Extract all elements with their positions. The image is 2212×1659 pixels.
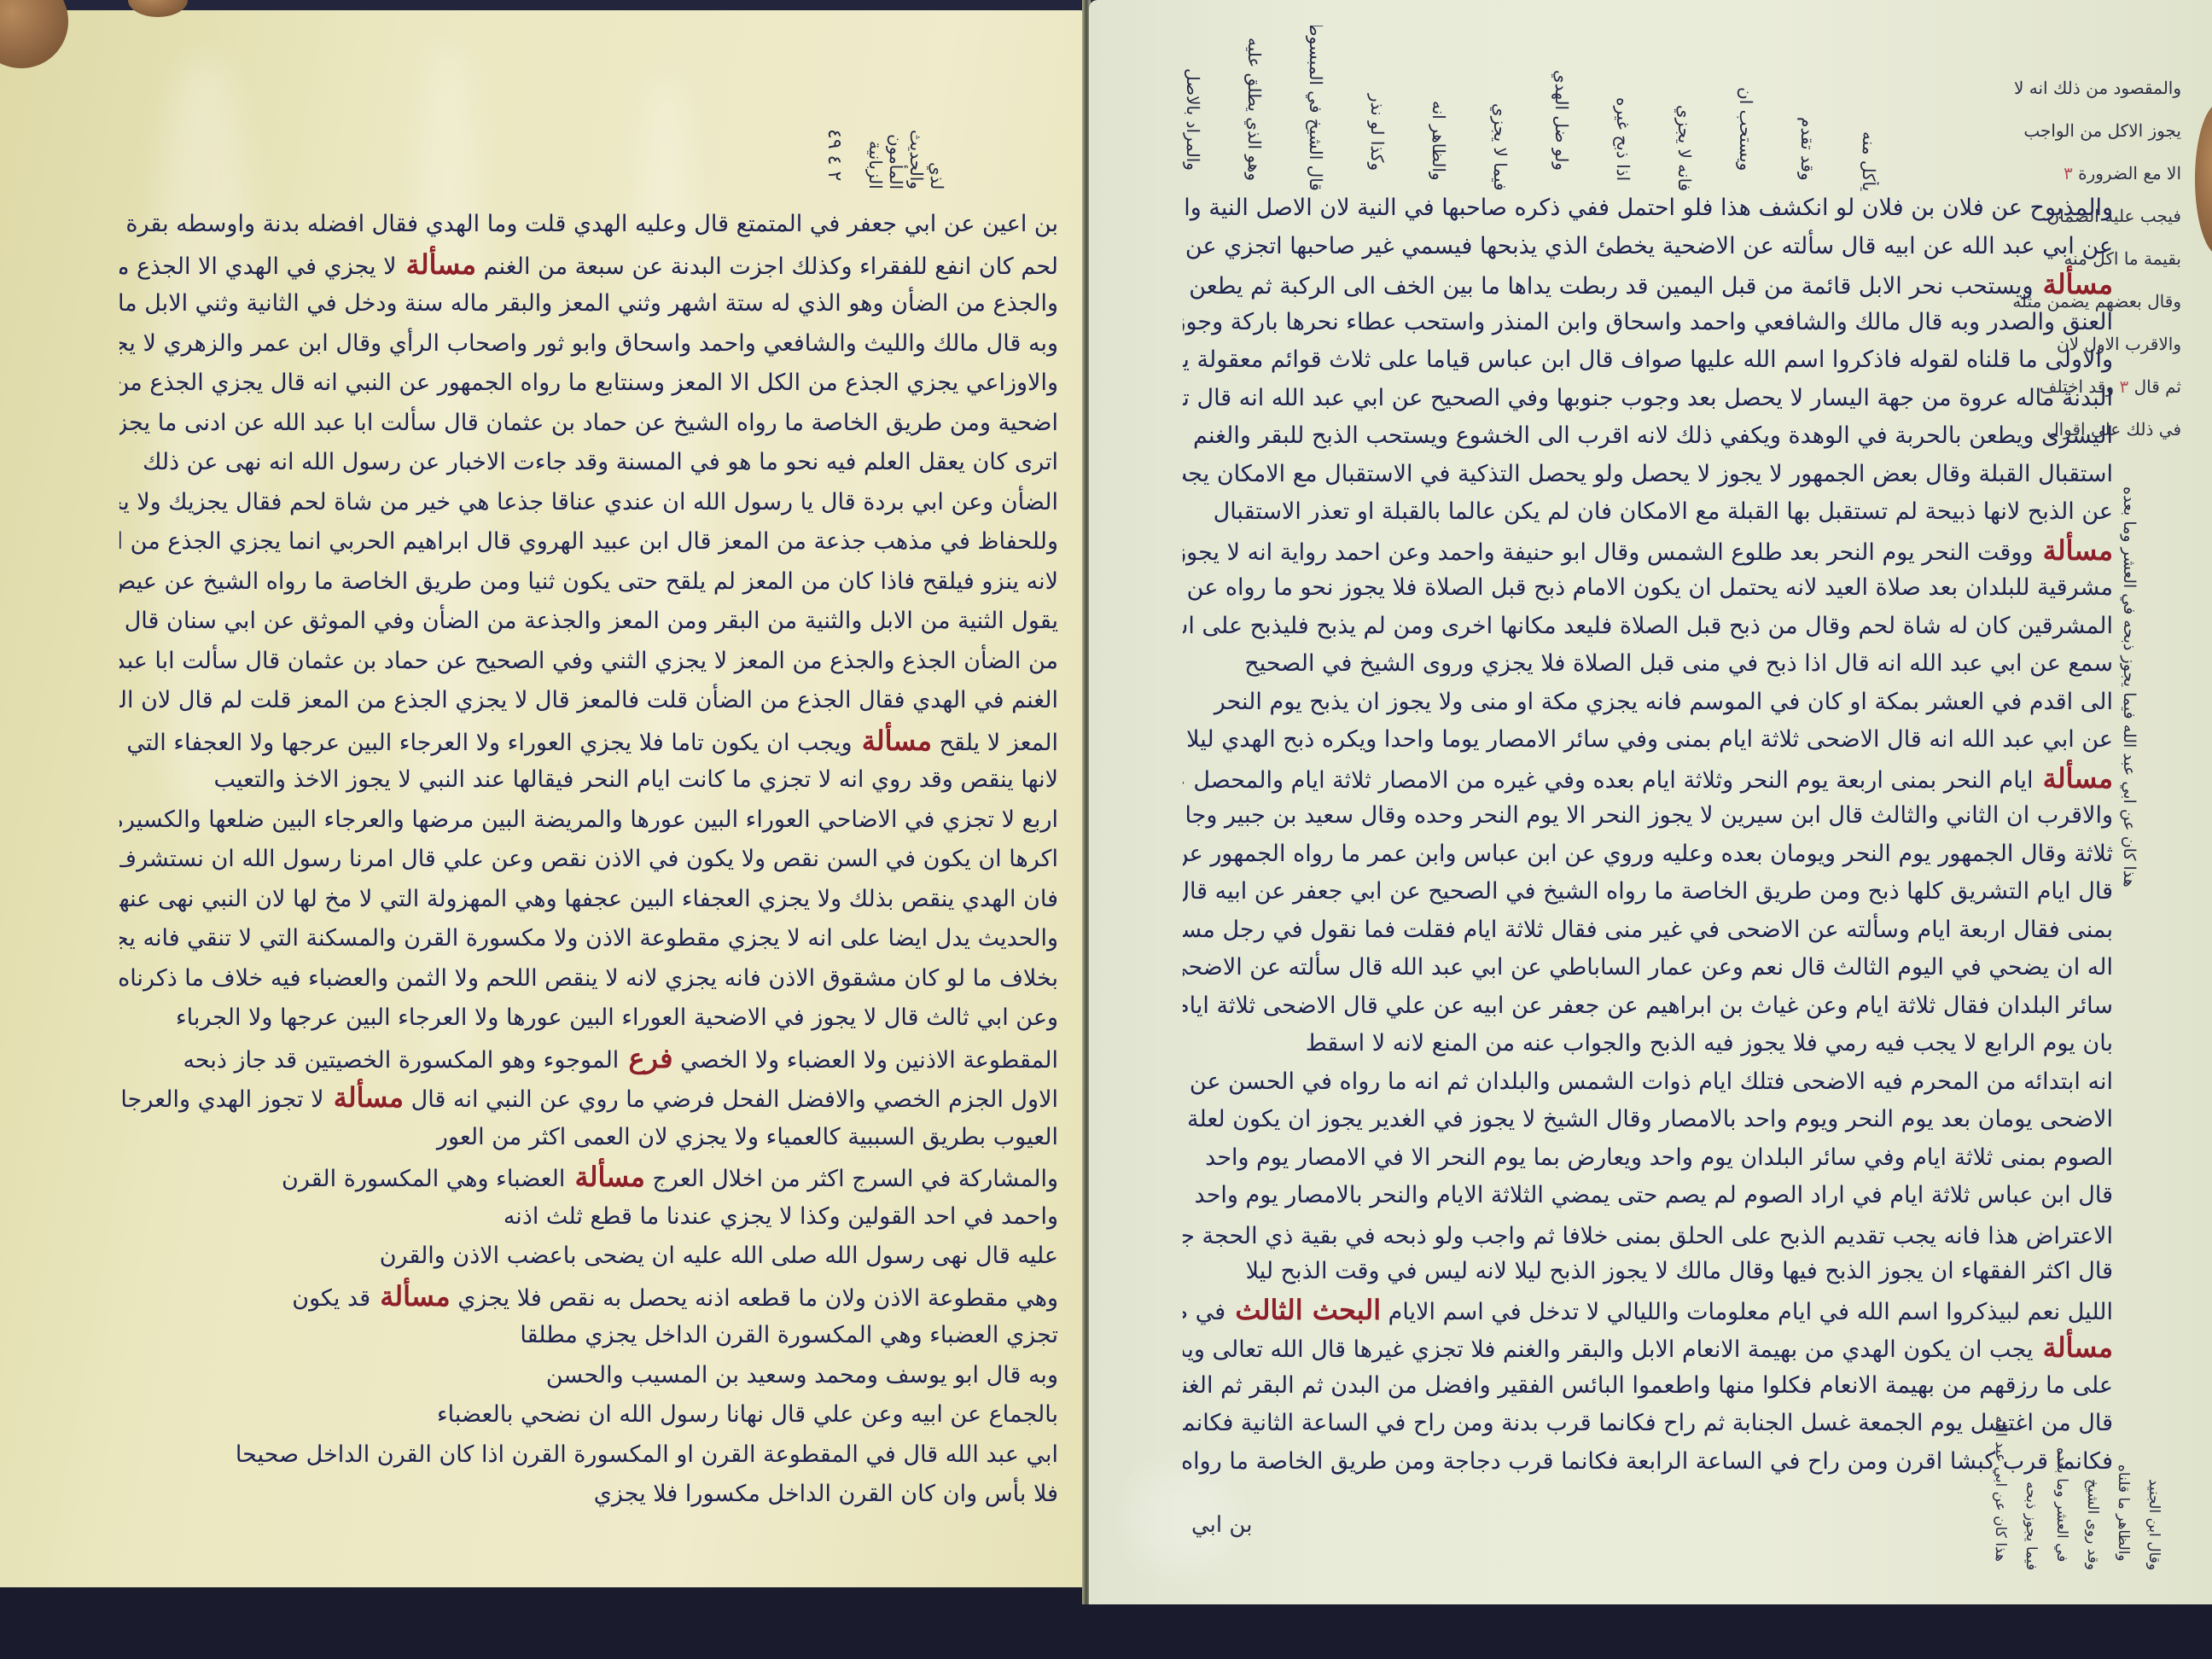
rubric-heading: مسألة xyxy=(853,725,932,757)
text-run: لا تجوز الهدي والعرجاء xyxy=(119,1086,324,1113)
vertical-gloss: والظاهر ما قلناه xyxy=(2108,1417,2132,1562)
manuscript-line: لحم كان انفع للفقراء وكذلك اجزت البدنة ع… xyxy=(119,245,1058,285)
rubric-heading: مسألة xyxy=(370,1280,450,1313)
text-run: ويستحب نحر الابل قائمة من قبل اليمين قد … xyxy=(1183,273,2034,300)
manuscript-line: سمع عن ابي عبد الله انه قال اذا ذبح في م… xyxy=(1183,645,2113,684)
text-run: والاولى ما قلناه لقوله فاذكروا اسم الله … xyxy=(1183,346,2113,373)
manuscript-line: بمنى فقال اربعة ايام وسألته عن الاضحى في… xyxy=(1183,911,2113,950)
manuscript-line: بان يوم الرابع لا يجب فيه رمي فلا يجوز ف… xyxy=(1183,1025,2113,1063)
manuscript-line: المقطوعة الاذنين ولا العضباء ولا الخصي ف… xyxy=(119,1039,1058,1079)
manuscript-line: مسألة ووقت النحر يوم النحر بعد طلوع الشم… xyxy=(1183,532,2113,570)
manuscript-line: قال من اغتسل يوم الجمعة غسل الجنابة ثم ر… xyxy=(1183,1405,2113,1443)
left-page-text: بن اعين عن ابي جعفر في المتمتع قال وعليه… xyxy=(119,205,1058,1515)
left-page: لذي والحديث المأمون الزبانية ٢ ٤ ٤٩ بن ا… xyxy=(0,10,1086,1587)
catchword: بن ابي xyxy=(1191,1512,1252,1538)
manuscript-line: مسألة ايام النحر بمنى اربعة يوم النحر وث… xyxy=(1183,760,2113,798)
manuscript-line: الغنم في الهدي فقال الجذع من الضأن قلت ف… xyxy=(119,681,1058,721)
manuscript-line: المشرقين كان له شاة لحم وقال من ذبح قبل … xyxy=(1183,608,2113,646)
manuscript-line: لانه ينزو فيلقح فاذا كان من المعز لم يلق… xyxy=(119,562,1058,602)
manuscript-line: اليسرى ويطعن بالحربة في الوهدة ويكفي ذلك… xyxy=(1183,417,2113,456)
text-run: وبه قال مالك والليث والشافعي واحمد واسحا… xyxy=(119,330,1058,357)
manuscript-line: اترى كان يعقل العلم فيه نحو ما هو في الم… xyxy=(119,443,1058,483)
right-page-text: والمذبوح عن فلان بن فلان لو انكشف هذا فل… xyxy=(1183,189,2113,1481)
manuscript-line: مسألة ويستحب نحر الابل قائمة من قبل اليم… xyxy=(1183,265,2113,304)
manuscript-line: من الضأن الجذع والجذع من المعز لا يجزي ا… xyxy=(119,642,1058,682)
text-run: الليل نعم لبيذكروا اسم الله في ايام معلو… xyxy=(1381,1299,2113,1325)
manuscript-line: يقول الثنية من الابل والثنية من البقر وم… xyxy=(119,602,1058,642)
manuscript-line: عن الذبح لانها ذبيحة لم تستقبل بها القبل… xyxy=(1183,493,2113,532)
text-run: اربع لا تجزي في الاضاحي العوراء البين عو… xyxy=(119,806,1058,833)
manuscript-line: العيوب بطريق السببية كالعمياء ولا يجزي ل… xyxy=(119,1118,1058,1158)
vertical-gloss: والمراد بالاصل xyxy=(1174,26,1203,171)
text-run: المشرقين كان له شاة لحم وقال من ذبح قبل … xyxy=(1183,613,2113,639)
manuscript-line: مشرقية للبلدان بعد صلاة العيد لانه يحتمل… xyxy=(1183,569,2113,608)
text-run: الصوم بمنى ثلاثة ايام وفي سائر البلدان ي… xyxy=(1205,1144,2113,1171)
manuscript-line: فلا بأس وان كان القرن الداخل مكسورا فلا … xyxy=(119,1475,1058,1515)
text-run: اله ان يضحي في اليوم الثالث قال نعم وعن … xyxy=(1183,954,2113,981)
text-run: بان يوم الرابع لا يجب فيه رمي فلا يجوز ف… xyxy=(1306,1030,2113,1057)
manuscript-line: بن اعين عن ابي جعفر في المتمتع قال وعليه… xyxy=(119,205,1058,245)
manuscript-line: وللحفاظ في مذهب جذعة من المعز قال ابن عب… xyxy=(119,522,1058,562)
manuscript-line: قال ابن عباس ثلاثة ايام في اراد الصوم لم… xyxy=(1183,1177,2113,1215)
manuscript-line: لانها ينقص وقد روي انه لا تجزي ما كانت ا… xyxy=(119,760,1058,800)
manuscript-line: قال ايام التشريق كلها ذبح ومن طريق الخاص… xyxy=(1183,873,2113,911)
manuscript-line: سائر البلدان فقال ثلاثة ايام وعن غياث بن… xyxy=(1183,987,2113,1026)
text-run: قال من اغتسل يوم الجمعة غسل الجنابة ثم ر… xyxy=(1183,1410,2113,1436)
text-run: اليسرى ويطعن بالحربة في الوهدة ويكفي ذلك… xyxy=(1193,422,2113,449)
text-run: تجزي العضباء وهي المكسورة القرن الداخل ي… xyxy=(520,1322,1058,1348)
manuscript-line: الضأن وعن ابي بردة قال يا رسول الله ان ع… xyxy=(119,483,1058,523)
manuscript-line: والاوزاعي يجزي الجذع من الكل الا المعز و… xyxy=(119,364,1058,404)
manuscript-line: الاضحى يومان بعد يوم النحر ويوم واحد بال… xyxy=(1183,1101,2113,1139)
vertical-gloss: وقد تقدم xyxy=(1789,26,1818,181)
manuscript-line: ابي عبد الله قال في المقطوعة القرن او ال… xyxy=(119,1435,1058,1476)
manuscript-line: مسألة يجب ان يكون الهدي من بهيمة الانعام… xyxy=(1183,1329,2113,1367)
vertical-gloss: وهو الذي يطلق عليه xyxy=(1236,26,1265,181)
manuscript-line: اضحية ومن طريق الخاصة ما رواه الشيخ عن ح… xyxy=(119,404,1058,444)
text-run: وبه قال ابو يوسف ومحمد وسعيد بن المسيب و… xyxy=(546,1362,1058,1388)
text-run: اضحية ومن طريق الخاصة ما رواه الشيخ عن ح… xyxy=(119,410,1058,436)
text-run: عن ابي عبد الله انه قال الاضحى ثلاثة ايا… xyxy=(1186,726,2113,753)
text-run: البدنة ماله عروة من جهة اليسار لا يحصل ب… xyxy=(1183,385,2113,411)
text-run: عليه قال نهى رسول الله صلى الله عليه ان … xyxy=(380,1243,1058,1269)
text-run: ثلاثة وقال الجمهور يوم النحر ويومان بعده… xyxy=(1183,841,2113,867)
manuscript-line: المعز لا يلقح مسألة ويجب ان يكون تاما فل… xyxy=(119,721,1058,761)
text-run: على ما رزقهم من بهيمة الانعام فكلوا منها… xyxy=(1183,1372,2113,1399)
rubric-heading: فرع xyxy=(619,1042,672,1074)
right-page: والمراد بالاصلوهو الذي يطلق عليهقال الشي… xyxy=(1089,0,2212,1604)
margin-line: الا مع الضرورة ٣ xyxy=(1925,152,2181,195)
manuscript-line: وهي مقطوعة الاذن ولان ما قطعه اذنه يحصل … xyxy=(119,1277,1058,1317)
vertical-gloss: في العشر وما بعده xyxy=(2046,1417,2070,1562)
text-run: عن ابي عبد الله عن ابيه قال سألته عن الا… xyxy=(1183,233,2113,259)
manuscript-line: اله ان يضحي في اليوم الثالث قال نعم وعن … xyxy=(1183,949,2113,987)
text-run: قد يكون xyxy=(292,1285,370,1312)
text-run: مشرقية للبلدان بعد صلاة العيد لانه يحتمل… xyxy=(1183,574,2113,601)
manuscript-line: وعن ابي ثالث قال لا يجوز في الاضحية العو… xyxy=(119,998,1058,1039)
manuscript-line: على ما رزقهم من بهيمة الانعام فكلوا منها… xyxy=(1183,1367,2113,1406)
manuscript-line: والمشاركة في السرج اكثر من اخلال العرج م… xyxy=(119,1157,1058,1197)
vertical-gloss: فانه لا يجزي xyxy=(1666,26,1695,191)
vertical-gloss: يأكل منه xyxy=(1850,26,1879,191)
manuscript-line: والمذبوح عن فلان بن فلان لو انكشف هذا فل… xyxy=(1183,189,2113,228)
manuscript-line: بالجماع عن ابيه وعن علي قال نهانا رسول ا… xyxy=(119,1395,1058,1435)
text-run: والاوزاعي يجزي الجذع من الكل الا المعز و… xyxy=(119,370,1058,396)
text-run: العيوب بطريق السببية كالعمياء ولا يجزي ل… xyxy=(437,1124,1058,1150)
manuscript-line: استقبال القبلة وقال بعض الجمهور لا يجوز … xyxy=(1183,456,2113,494)
text-run: والحديث يدل ايضا على انه لا يجزي مقطوعة … xyxy=(119,925,1058,952)
text-run: العنق والصدر وبه قال مالك والشافعي واحمد… xyxy=(1183,309,2113,335)
manuscript-line: انه ابتدائه من المحرم فيه الاضحى فتلك اي… xyxy=(1183,1063,2113,1102)
text-run: وللحفاظ في مذهب جذعة من المعز قال ابن عب… xyxy=(119,528,1058,555)
manuscript-line: العنق والصدر وبه قال مالك والشافعي واحمد… xyxy=(1183,304,2113,342)
text-run: بالجماع عن ابيه وعن علي قال نهانا رسول ا… xyxy=(437,1401,1058,1428)
text-run: الاضحى يومان بعد يوم النحر ويوم واحد بال… xyxy=(1183,1106,2113,1132)
text-run: فكانما قرب كبشا اقرن ومن راح في الساعة ا… xyxy=(1183,1448,2113,1475)
manuscript-line: عن ابي عبد الله انه قال الاضحى ثلاثة ايا… xyxy=(1183,721,2113,760)
manuscript-line: وبه قال مالك والليث والشافعي واحمد واسحا… xyxy=(119,324,1058,364)
manuscript-line: فكانما قرب كبشا اقرن ومن راح في الساعة ا… xyxy=(1183,1443,2113,1481)
margin-line: يجوز الاكل من الواجب xyxy=(1925,109,2181,152)
text-run: عن الذبح لانها ذبيحة لم تستقبل بها القبل… xyxy=(1214,498,2113,525)
right-margin-vertical-gloss: هذا كان عن ابي عبد الله فيما يجوز ذبحه ف… xyxy=(2087,290,2139,888)
manuscript-line: والحديث يدل ايضا على انه لا يجزي مقطوعة … xyxy=(119,919,1058,959)
manuscript-line: والاولى ما قلناه لقوله فاذكروا اسم الله … xyxy=(1183,341,2113,380)
manuscript-line: عن ابي عبد الله عن ابيه قال سألته عن الا… xyxy=(1183,228,2113,266)
rubric-heading: البحث الثالث xyxy=(1225,1294,1381,1326)
text-run: العضباء وهي المكسورة القرن xyxy=(282,1166,565,1192)
text-run: قال ابن عباس ثلاثة ايام في اراد الصوم لم… xyxy=(1195,1182,2113,1208)
text-run: ووقت النحر يوم النحر بعد طلوع الشمس وقال… xyxy=(1183,539,2034,566)
text-run: الاعتراض هذا فانه يجب تقديم الذبح على ال… xyxy=(1183,1223,2113,1249)
text-run: فان الهدي ينقص بذلك ولا يجزي العجفاء الب… xyxy=(119,886,1058,912)
text-run: المعز لا يلقح xyxy=(932,730,1058,756)
manuscript-line: الاول الجزم الخصي والافضل الفحل فرضي ما … xyxy=(119,1078,1058,1118)
vertical-gloss: هذا كان عن ابي عبد الله xyxy=(1985,1417,2009,1562)
vertical-gloss: فيما لا يجزي xyxy=(1481,26,1511,191)
manuscript-line: والاقرب ان الثاني والثالث قال ابن سيرين … xyxy=(1183,797,2113,835)
text-run: انه ابتدائه من المحرم فيه الاضحى فتلك اي… xyxy=(1183,1068,2113,1095)
left-margin-numbers: ٢ ٤ ٤٩ xyxy=(819,61,845,181)
text-run: في صفات الهدي xyxy=(1183,1299,1225,1325)
manuscript-line: واحمد في احد القولين وكذا لا يجزي عندنا … xyxy=(119,1197,1058,1237)
text-run: سائر البلدان فقال ثلاثة ايام وعن غياث بن… xyxy=(1183,992,2113,1019)
text-run: بخلاف ما لو كان مشقوق الاذن فانه يجزي لا… xyxy=(119,965,1058,992)
text-run: والمذبوح عن فلان بن فلان لو انكشف هذا فل… xyxy=(1183,195,2113,221)
text-run: بن اعين عن ابي جعفر في المتمتع قال وعليه… xyxy=(119,211,1058,237)
text-run: يقول الثنية من الابل والثنية من البقر وم… xyxy=(119,608,1058,634)
manuscript-line: الاعتراض هذا فانه يجب تقديم الذبح على ال… xyxy=(1183,1215,2113,1254)
manuscript-line: بخلاف ما لو كان مشقوق الاذن فانه يجزي لا… xyxy=(119,959,1058,999)
left-top-margin-note: لذي والحديث المأمون الزبانية xyxy=(853,44,947,189)
manuscript-line: وبه قال ابو يوسف ومحمد وسعيد بن المسيب و… xyxy=(119,1356,1058,1396)
text-run: والاقرب ان الثاني والثالث قال ابن سيرين … xyxy=(1183,802,2113,829)
manuscript-line: فان الهدي ينقص بذلك ولا يجزي العجفاء الب… xyxy=(119,880,1058,920)
vertical-gloss: وقد روى الشيخ xyxy=(2077,1425,2101,1570)
text-run: وهي مقطوعة الاذن ولان ما قطعه اذنه يحصل … xyxy=(451,1285,1058,1312)
rubric-heading: مسألة xyxy=(397,248,476,281)
text-run: ويجب ان يكون تاما فلا يجزي العوراء ولا ا… xyxy=(119,730,853,756)
manuscript-line: الصوم بمنى ثلاثة ايام وفي سائر البلدان ي… xyxy=(1183,1139,2113,1178)
vertical-gloss: اذا ذبح غيره xyxy=(1604,26,1633,181)
manuscript-line: الى اقدم في العشر بمكة او كان في الموسم … xyxy=(1183,684,2113,722)
text-run: من الضأن الجذع والجذع من المعز لا يجزي ا… xyxy=(119,648,1058,674)
text-run: لانه ينزو فيلقح فاذا كان من المعز لم يلق… xyxy=(119,568,1058,595)
text-run: ابي عبد الله قال في المقطوعة القرن او ال… xyxy=(236,1441,1058,1468)
text-run: واحمد في احد القولين وكذا لا يجزي عندنا … xyxy=(504,1203,1058,1230)
text-run: الضأن وعن ابي بردة قال يا رسول الله ان ع… xyxy=(119,489,1058,515)
text-run: يجب ان يكون الهدي من بهيمة الانعام الابل… xyxy=(1183,1336,2034,1363)
text-run: الموجوء وهو المكسورة الخصيتين قد جاز ذبح… xyxy=(183,1047,619,1074)
text-run: الاول الجزم الخصي والافضل الفحل فرضي ما … xyxy=(404,1086,1058,1113)
text-run: لحم كان انفع للفقراء وكذلك اجزت البدنة ع… xyxy=(476,253,1058,280)
manuscript-line: عليه قال نهى رسول الله صلى الله عليه ان … xyxy=(119,1237,1058,1277)
vertical-gloss: والظاهر انه xyxy=(1420,26,1449,181)
text-run: قال اكثر الفقهاء ان يجوز الذبح فيها وقال… xyxy=(1246,1258,2113,1284)
text-run: والمشاركة في السرج اكثر من اخلال العرج xyxy=(645,1166,1058,1192)
margin-line: والمقصود من ذلك انه لا xyxy=(1925,67,2181,109)
text-run: لا يجزي في الهدي الا الجذع من الضأن والث… xyxy=(119,253,397,280)
vertical-gloss: ولو ضل الهدي xyxy=(1543,26,1572,171)
manuscript-line: قال اكثر الفقهاء ان يجوز الذبح فيها وقال… xyxy=(1183,1253,2113,1291)
text-run: والجذع من الضأن وهو الذي له ستة اشهر وثن… xyxy=(119,290,1058,317)
text-run: لانها ينقص وقد روي انه لا تجزي ما كانت ا… xyxy=(213,766,1058,793)
rubric-heading: مسألة xyxy=(565,1161,644,1193)
text-run: اترى كان يعقل العلم فيه نحو ما هو في الم… xyxy=(143,449,1058,475)
manuscript-line: تجزي العضباء وهي المكسورة القرن الداخل ي… xyxy=(119,1316,1058,1356)
text-run: الغنم في الهدي فقال الجذع من الضأن قلت ف… xyxy=(119,687,1058,713)
text-run: اكرها ان يكون في السن نقص ولا يكون في ال… xyxy=(119,846,1058,872)
manuscript-line: والجذع من الضأن وهو الذي له ستة اشهر وثن… xyxy=(119,284,1058,324)
manuscript-line: اكرها ان يكون في السن نقص ولا يكون في ال… xyxy=(119,840,1058,880)
vertical-gloss: فيما يجوز ذبحه xyxy=(2016,1425,2040,1570)
text-run: الى اقدم في العشر بمكة او كان في الموسم … xyxy=(1214,689,2113,715)
manuscript-line: الليل نعم لبيذكروا اسم الله في ايام معلو… xyxy=(1183,1291,2113,1330)
text-run: ايام النحر بمنى اربعة يوم النحر وثلاثة ا… xyxy=(1183,767,2034,794)
manuscript-line: ثلاثة وقال الجمهور يوم النحر ويومان بعده… xyxy=(1183,835,2113,874)
vertical-gloss: وقال ابن الجنيد xyxy=(2139,1425,2163,1570)
text-run: فلا بأس وان كان القرن الداخل مكسورا فلا … xyxy=(594,1481,1058,1507)
text-run: وعن ابي ثالث قال لا يجوز في الاضحية العو… xyxy=(176,1004,1058,1031)
vertical-gloss: وكذا لو نذر xyxy=(1359,26,1388,171)
manuscript-line: اربع لا تجزي في الاضاحي العوراء البين عو… xyxy=(119,800,1058,841)
text-run: قال ايام التشريق كلها ذبح ومن طريق الخاص… xyxy=(1183,878,2113,905)
text-run: سمع عن ابي عبد الله انه قال اذا ذبح في م… xyxy=(1244,650,2113,677)
rubric-heading: مسألة xyxy=(2034,1331,2113,1364)
manuscript-line: البدنة ماله عروة من جهة اليسار لا يحصل ب… xyxy=(1183,380,2113,418)
lower-side-marginalia: هذا كان عن ابي عبد اللهفيما يجوز ذبحهفي … xyxy=(1985,1417,2181,1587)
text-run: بمنى فقال اربعة ايام وسألته عن الاضحى في… xyxy=(1183,917,2113,943)
text-run: استقبال القبلة وقال بعض الجمهور لا يجوز … xyxy=(1183,461,2113,487)
vertical-gloss: قال الشيخ في المبسوط xyxy=(1297,26,1326,191)
top-vertical-marginalia: والمراد بالاصلوهو الذي يطلق عليهقال الشي… xyxy=(1174,26,1925,205)
vertical-gloss: ويستحب ان xyxy=(1727,26,1756,171)
text-run: المقطوعة الاذنين ولا العضباء ولا الخصي xyxy=(673,1047,1059,1074)
rubric-heading: مسألة xyxy=(324,1081,404,1114)
